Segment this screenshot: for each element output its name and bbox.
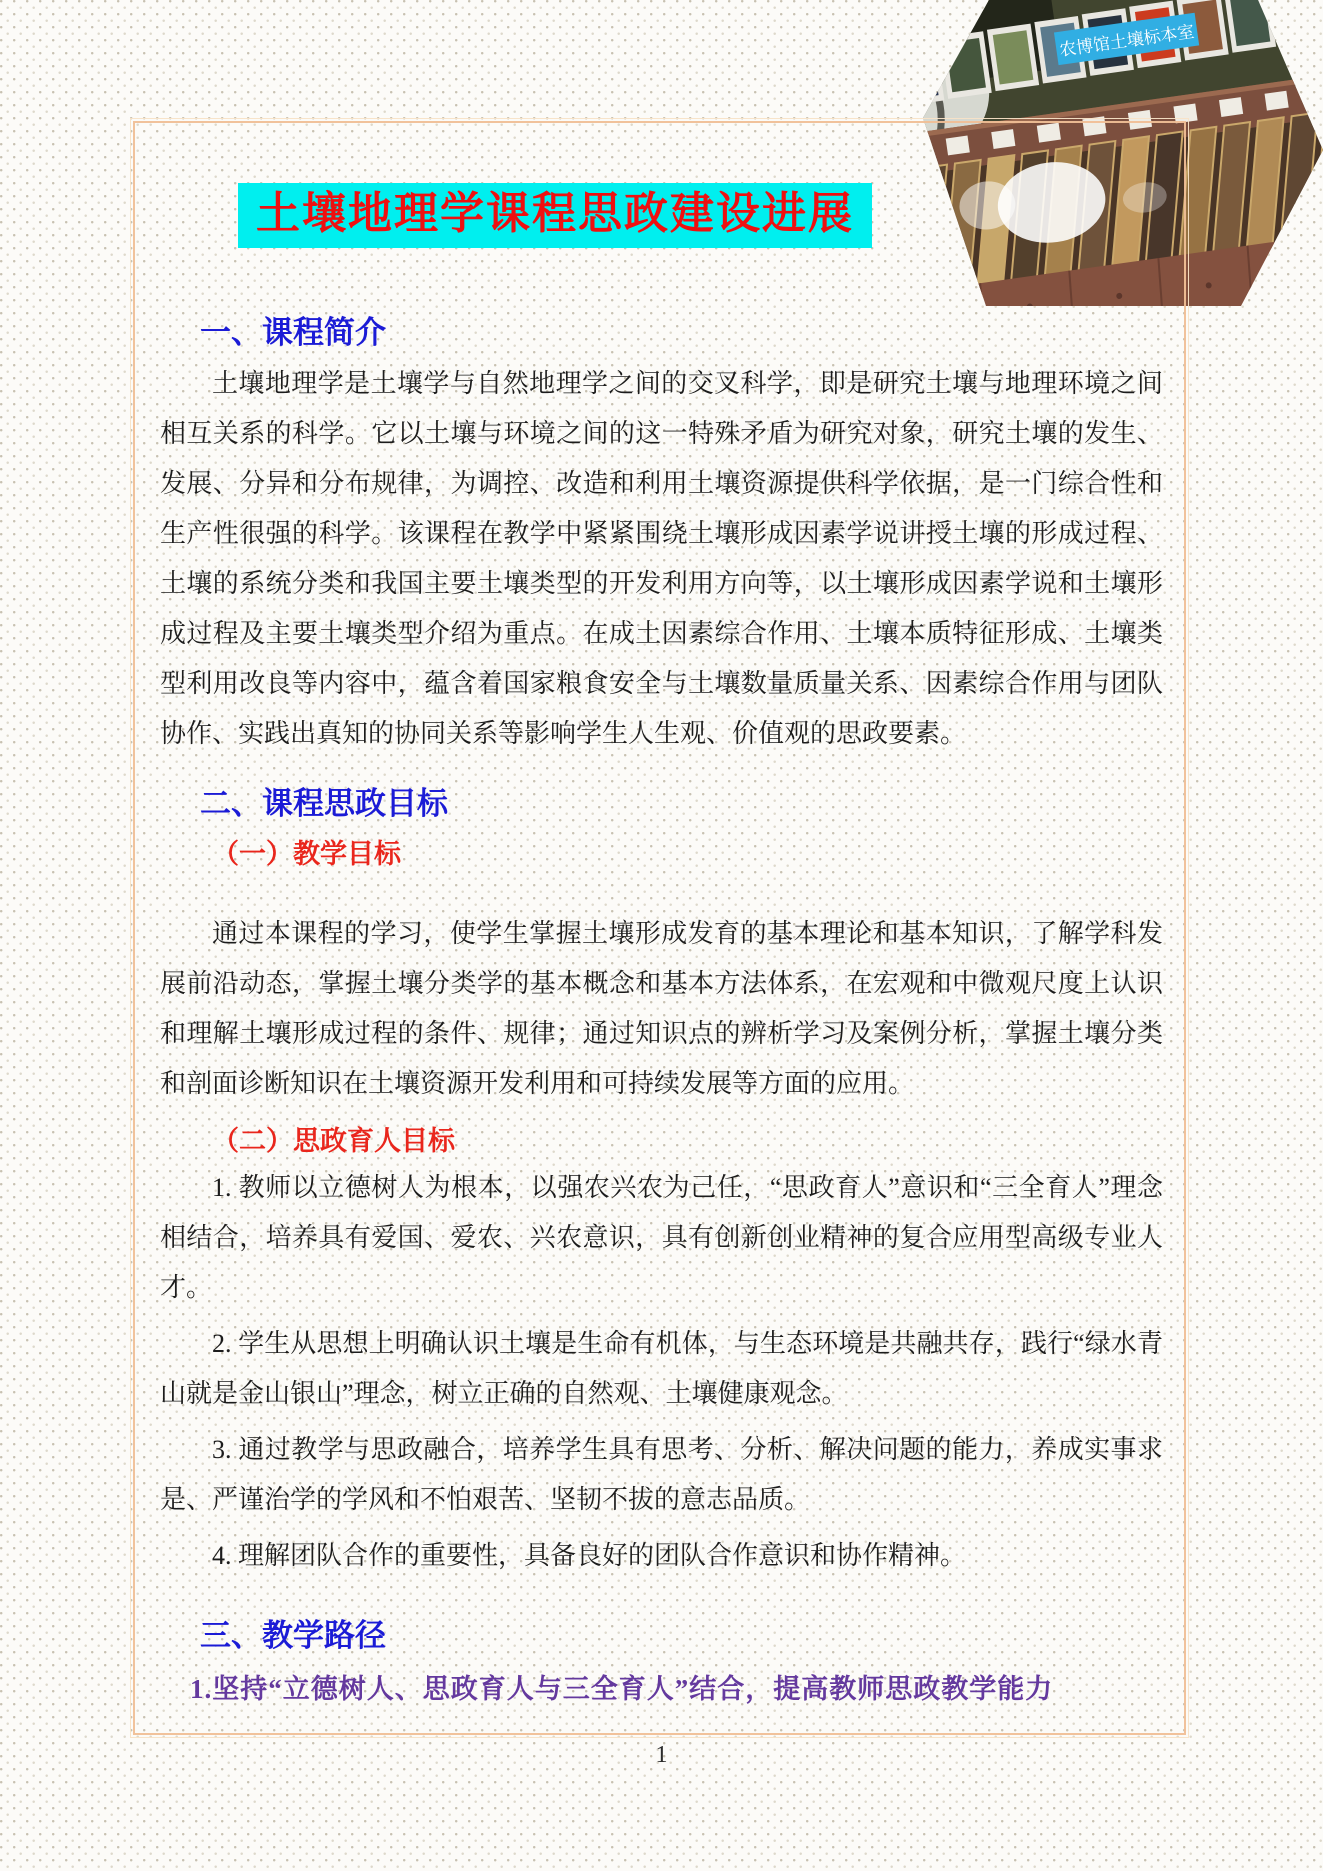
title-block: 土壤地理学课程思政建设进展 bbox=[238, 183, 1163, 248]
course-intro-paragraph: 土壤地理学是土壤学与自然地理学之间的交叉科学，即是研究土壤与地理环境之间相互关系… bbox=[160, 359, 1163, 759]
numbered-item-3: 3. 通过教学与思政融合，培养学生具有思考、分析、解决问题的能力，养成实事求是、… bbox=[160, 1425, 1163, 1525]
section-heading-2: 二、课程思政目标 bbox=[200, 785, 1163, 822]
section-heading-3: 三、教学路径 bbox=[200, 1617, 1163, 1654]
teaching-path-point-1: 1.坚持“立德树人、思政育人与三全育人”结合，提高教师思政教学能力 bbox=[190, 1672, 1163, 1707]
document-page: 农博馆土壤标本室 bbox=[0, 0, 1323, 1871]
numbered-item-4: 4. 理解团队合作的重要性，具备良好的团队合作意识和协作精神。 bbox=[160, 1531, 1163, 1581]
subsection-heading-teaching-goal: （一）教学目标 bbox=[212, 838, 1163, 870]
page-number: 1 bbox=[0, 1742, 1323, 1769]
numbered-item-2: 2. 学生从思想上明确认识土壤是生命有机体，与生态环境是共融共存，践行“绿水青山… bbox=[160, 1319, 1163, 1419]
teaching-goal-paragraph: 通过本课程的学习，使学生掌握土壤形成发育的基本理论和基本知识，了解学科发展前沿动… bbox=[160, 909, 1163, 1109]
subsection-heading-ideological-goal: （二）思政育人目标 bbox=[212, 1125, 1163, 1157]
numbered-item-1: 1. 教师以立德树人为根本，以强农兴农为己任，“思政育人”意识和“三全育人”理念… bbox=[160, 1163, 1163, 1313]
document-title: 土壤地理学课程思政建设进展 bbox=[238, 183, 872, 248]
section-heading-1: 一、课程简介 bbox=[200, 314, 1163, 351]
document-content: 土壤地理学课程思政建设进展 一、课程简介 土壤地理学是土壤学与自然地理学之间的交… bbox=[160, 121, 1163, 1707]
